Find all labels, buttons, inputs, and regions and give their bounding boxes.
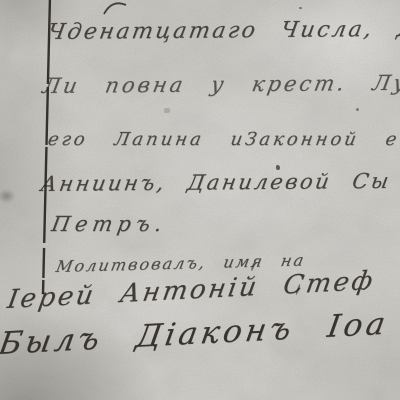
ink-speck — [164, 108, 170, 113]
handwritten-line-1: Чденатцатаго Числа, Дер — [46, 16, 400, 45]
handwritten-line-2: Ли повна у крест. Луки В — [41, 70, 400, 98]
manuscript-photo: Чденатцатаго Числа, Дер Ли повна у крест… — [0, 0, 400, 400]
ink-speck — [276, 165, 280, 170]
ink-speck — [299, 7, 302, 9]
edge-smudge-mark — [0, 186, 22, 206]
handwritten-line-5: Петръ. — [50, 212, 169, 236]
stray-stroke-mark — [104, 3, 126, 14]
handwritten-line-4: Анниинъ, Данилевой Сы — [39, 169, 393, 196]
ink-speck — [356, 108, 359, 111]
handwritten-line-3: его Лапина иЗаконной ег — [46, 129, 400, 150]
